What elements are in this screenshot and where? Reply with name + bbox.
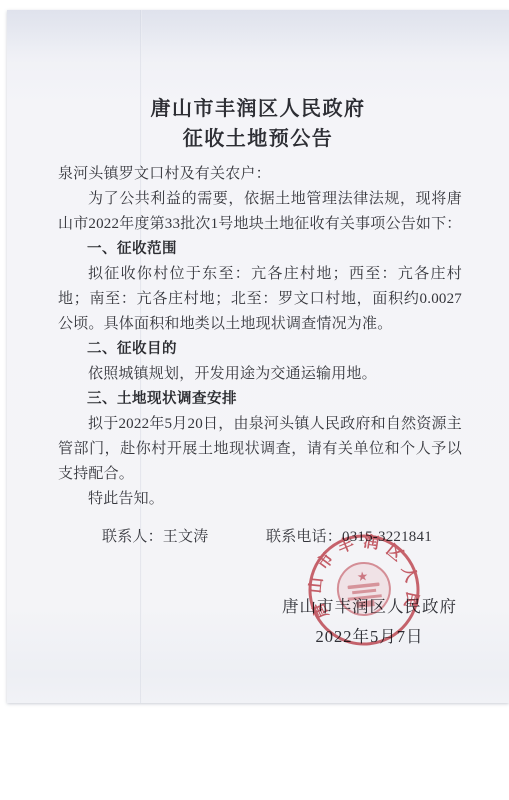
section-heading: 一、征收范围 bbox=[58, 237, 462, 262]
paragraph: 依照城镇规划，开发用途为交通运输用地。 bbox=[58, 362, 462, 387]
document-title: 唐山市丰润区人民政府 征收土地预公告 bbox=[7, 94, 509, 154]
section-heading: 三、土地现状调查安排 bbox=[58, 387, 462, 412]
national-emblem-icon: ★ bbox=[335, 560, 392, 617]
title-line-2: 征收土地预公告 bbox=[7, 124, 509, 154]
section-heading: 二、征收目的 bbox=[58, 337, 462, 362]
paragraph: 为了公共利益的需要，依据土地管理法律法规，现将唐山市2022年度第33批次1号地… bbox=[58, 187, 462, 237]
svg-text:★: ★ bbox=[357, 571, 368, 584]
scanned-notice-page: 唐山市丰润区人民政府 征收土地预公告 泉河头镇罗文口村及有关农户： 为了公共利益… bbox=[7, 10, 509, 703]
contact-person: 联系人：王文涛 bbox=[102, 529, 208, 545]
scan-shading bbox=[7, 10, 509, 62]
closing-line: 特此告知。 bbox=[58, 487, 462, 512]
official-seal: 唐山市丰润区人民政府 ★ bbox=[297, 523, 431, 657]
salutation: 泉河头镇罗文口村及有关农户： bbox=[58, 162, 462, 187]
paragraph: 拟于2022年5月20日，由泉河头镇人民政府和自然资源主管部门，赴你村开展土地现… bbox=[58, 412, 462, 487]
title-line-1: 唐山市丰润区人民政府 bbox=[7, 94, 509, 124]
paragraph: 拟征收你村位于东至：亢各庄村地；西至：亢各庄村地；南至：亢各庄村地；北至：罗文口… bbox=[58, 262, 462, 337]
document-body: 泉河头镇罗文口村及有关农户： 为了公共利益的需要，依据土地管理法律法规，现将唐山… bbox=[58, 162, 462, 550]
